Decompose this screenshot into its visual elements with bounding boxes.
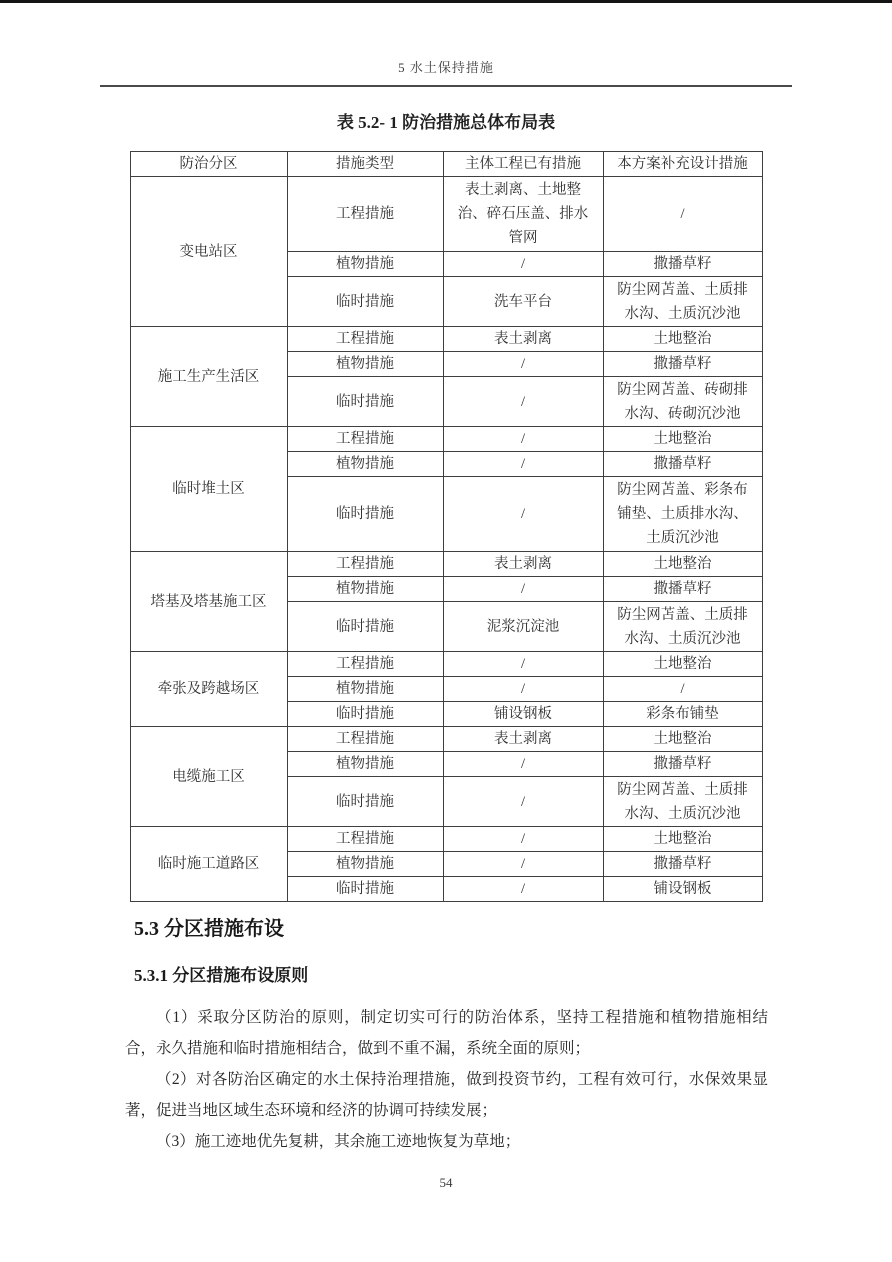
zone-name-cell: 施工生产生活区 [130, 327, 287, 427]
measure-type-cell: 工程措施 [287, 727, 443, 752]
measure-type-cell: 植物措施 [287, 252, 443, 277]
existing-measures-cell: 洗车平台 [443, 277, 603, 327]
body-text: （1）采取分区防治的原则，制定切实可行的防治体系，坚持工程措施和植物措施相结合，… [0, 1002, 892, 1157]
supplementary-measures-cell: 土地整治 [603, 552, 762, 577]
existing-measures-cell: 表土剥离 [443, 327, 603, 352]
column-header-measure-type: 措施类型 [287, 152, 443, 177]
measure-type-cell: 临时措施 [287, 602, 443, 652]
existing-measures-cell: 表土剥离 [443, 727, 603, 752]
existing-measures-cell: / [443, 677, 603, 702]
column-header-zone: 防治分区 [130, 152, 287, 177]
paragraph-1: （1）采取分区防治的原则，制定切实可行的防治体系，坚持工程措施和植物措施相结合，… [125, 1002, 768, 1064]
zone-name-cell: 临时堆土区 [130, 427, 287, 552]
header-rule [100, 85, 792, 87]
table-row: 牵张及跨越场区工程措施/土地整治 [130, 652, 762, 677]
supplementary-measures-cell: 铺设钢板 [603, 877, 762, 902]
zone-name-cell: 牵张及跨越场区 [130, 652, 287, 727]
table-title: 表 5.2- 1 防治措施总体布局表 [0, 111, 892, 135]
measure-type-cell: 工程措施 [287, 427, 443, 452]
supplementary-measures-cell: 撒播草籽 [603, 752, 762, 777]
supplementary-measures-cell: 撒播草籽 [603, 852, 762, 877]
measure-type-cell: 工程措施 [287, 177, 443, 252]
supplementary-measures-cell: 土地整治 [603, 727, 762, 752]
supplementary-measures-cell: 撒播草籽 [603, 252, 762, 277]
existing-measures-cell: / [443, 477, 603, 552]
measure-type-cell: 植物措施 [287, 752, 443, 777]
measure-type-cell: 临时措施 [287, 777, 443, 827]
supplementary-measures-cell: 防尘网苫盖、土质排水沟、土质沉沙池 [603, 602, 762, 652]
measure-type-cell: 临时措施 [287, 877, 443, 902]
existing-measures-cell: / [443, 652, 603, 677]
supplementary-measures-cell: 土地整治 [603, 652, 762, 677]
measure-type-cell: 工程措施 [287, 827, 443, 852]
table-row: 变电站区工程措施表土剥离、土地整治、碎石压盖、排水管网/ [130, 177, 762, 252]
measures-table: 防治分区 措施类型 主体工程已有措施 本方案补充设计措施 变电站区工程措施表土剥… [130, 151, 763, 902]
measure-type-cell: 植物措施 [287, 452, 443, 477]
existing-measures-cell: 泥浆沉淀池 [443, 602, 603, 652]
column-header-supplementary: 本方案补充设计措施 [603, 152, 762, 177]
existing-measures-cell: / [443, 252, 603, 277]
measure-type-cell: 植物措施 [287, 577, 443, 602]
table-row: 电缆施工区工程措施表土剥离土地整治 [130, 727, 762, 752]
section-heading-5-3-1: 5.3.1 分区措施布设原则 [134, 964, 892, 988]
existing-measures-cell: / [443, 777, 603, 827]
measure-type-cell: 临时措施 [287, 277, 443, 327]
existing-measures-cell: 表土剥离 [443, 552, 603, 577]
zone-name-cell: 临时施工道路区 [130, 827, 287, 902]
existing-measures-cell: / [443, 377, 603, 427]
supplementary-measures-cell: 土地整治 [603, 327, 762, 352]
document-page: 5 水土保持措施 表 5.2- 1 防治措施总体布局表 防治分区 措施类型 主体… [0, 0, 892, 1262]
supplementary-measures-cell: 撒播草籽 [603, 577, 762, 602]
measure-type-cell: 临时措施 [287, 702, 443, 727]
table-row: 塔基及塔基施工区工程措施表土剥离土地整治 [130, 552, 762, 577]
measure-type-cell: 植物措施 [287, 352, 443, 377]
supplementary-measures-cell: 土地整治 [603, 427, 762, 452]
measure-type-cell: 植物措施 [287, 852, 443, 877]
table-body: 变电站区工程措施表土剥离、土地整治、碎石压盖、排水管网/植物措施/撒播草籽临时措… [130, 177, 762, 902]
measure-type-cell: 植物措施 [287, 677, 443, 702]
existing-measures-cell: / [443, 877, 603, 902]
existing-measures-cell: / [443, 577, 603, 602]
zone-name-cell: 变电站区 [130, 177, 287, 327]
measure-type-cell: 临时措施 [287, 377, 443, 427]
supplementary-measures-cell: 防尘网苫盖、土质排水沟、土质沉沙池 [603, 277, 762, 327]
column-header-existing: 主体工程已有措施 [443, 152, 603, 177]
table-row: 临时施工道路区工程措施/土地整治 [130, 827, 762, 852]
supplementary-measures-cell: 防尘网苫盖、砖砌排水沟、砖砌沉沙池 [603, 377, 762, 427]
existing-measures-cell: / [443, 427, 603, 452]
supplementary-measures-cell: 撒播草籽 [603, 452, 762, 477]
existing-measures-cell: / [443, 452, 603, 477]
supplementary-measures-cell: / [603, 677, 762, 702]
existing-measures-cell: 表土剥离、土地整治、碎石压盖、排水管网 [443, 177, 603, 252]
zone-name-cell: 电缆施工区 [130, 727, 287, 827]
supplementary-measures-cell: 防尘网苫盖、土质排水沟、土质沉沙池 [603, 777, 762, 827]
measure-type-cell: 工程措施 [287, 552, 443, 577]
existing-measures-cell: / [443, 352, 603, 377]
section-heading-5-3: 5.3 分区措施布设 [134, 916, 892, 942]
measure-type-cell: 工程措施 [287, 327, 443, 352]
paragraph-2: （2）对各防治区确定的水土保持治理措施，做到投资节约，工程有效可行，水保效果显著… [125, 1064, 768, 1126]
measure-type-cell: 临时措施 [287, 477, 443, 552]
supplementary-measures-cell: 防尘网苫盖、彩条布铺垫、土质排水沟、土质沉沙池 [603, 477, 762, 552]
running-header: 5 水土保持措施 [0, 57, 892, 76]
supplementary-measures-cell: 土地整治 [603, 827, 762, 852]
supplementary-measures-cell: 彩条布铺垫 [603, 702, 762, 727]
existing-measures-cell: / [443, 827, 603, 852]
supplementary-measures-cell: 撒播草籽 [603, 352, 762, 377]
table-header-row: 防治分区 措施类型 主体工程已有措施 本方案补充设计措施 [130, 152, 762, 177]
page-number: 54 [0, 1175, 892, 1191]
measure-type-cell: 工程措施 [287, 652, 443, 677]
zone-name-cell: 塔基及塔基施工区 [130, 552, 287, 652]
existing-measures-cell: / [443, 852, 603, 877]
existing-measures-cell: / [443, 752, 603, 777]
table-row: 临时堆土区工程措施/土地整治 [130, 427, 762, 452]
paragraph-3: （3）施工迹地优先复耕，其余施工迹地恢复为草地； [125, 1126, 768, 1157]
supplementary-measures-cell: / [603, 177, 762, 252]
table-row: 施工生产生活区工程措施表土剥离土地整治 [130, 327, 762, 352]
existing-measures-cell: 铺设钢板 [443, 702, 603, 727]
